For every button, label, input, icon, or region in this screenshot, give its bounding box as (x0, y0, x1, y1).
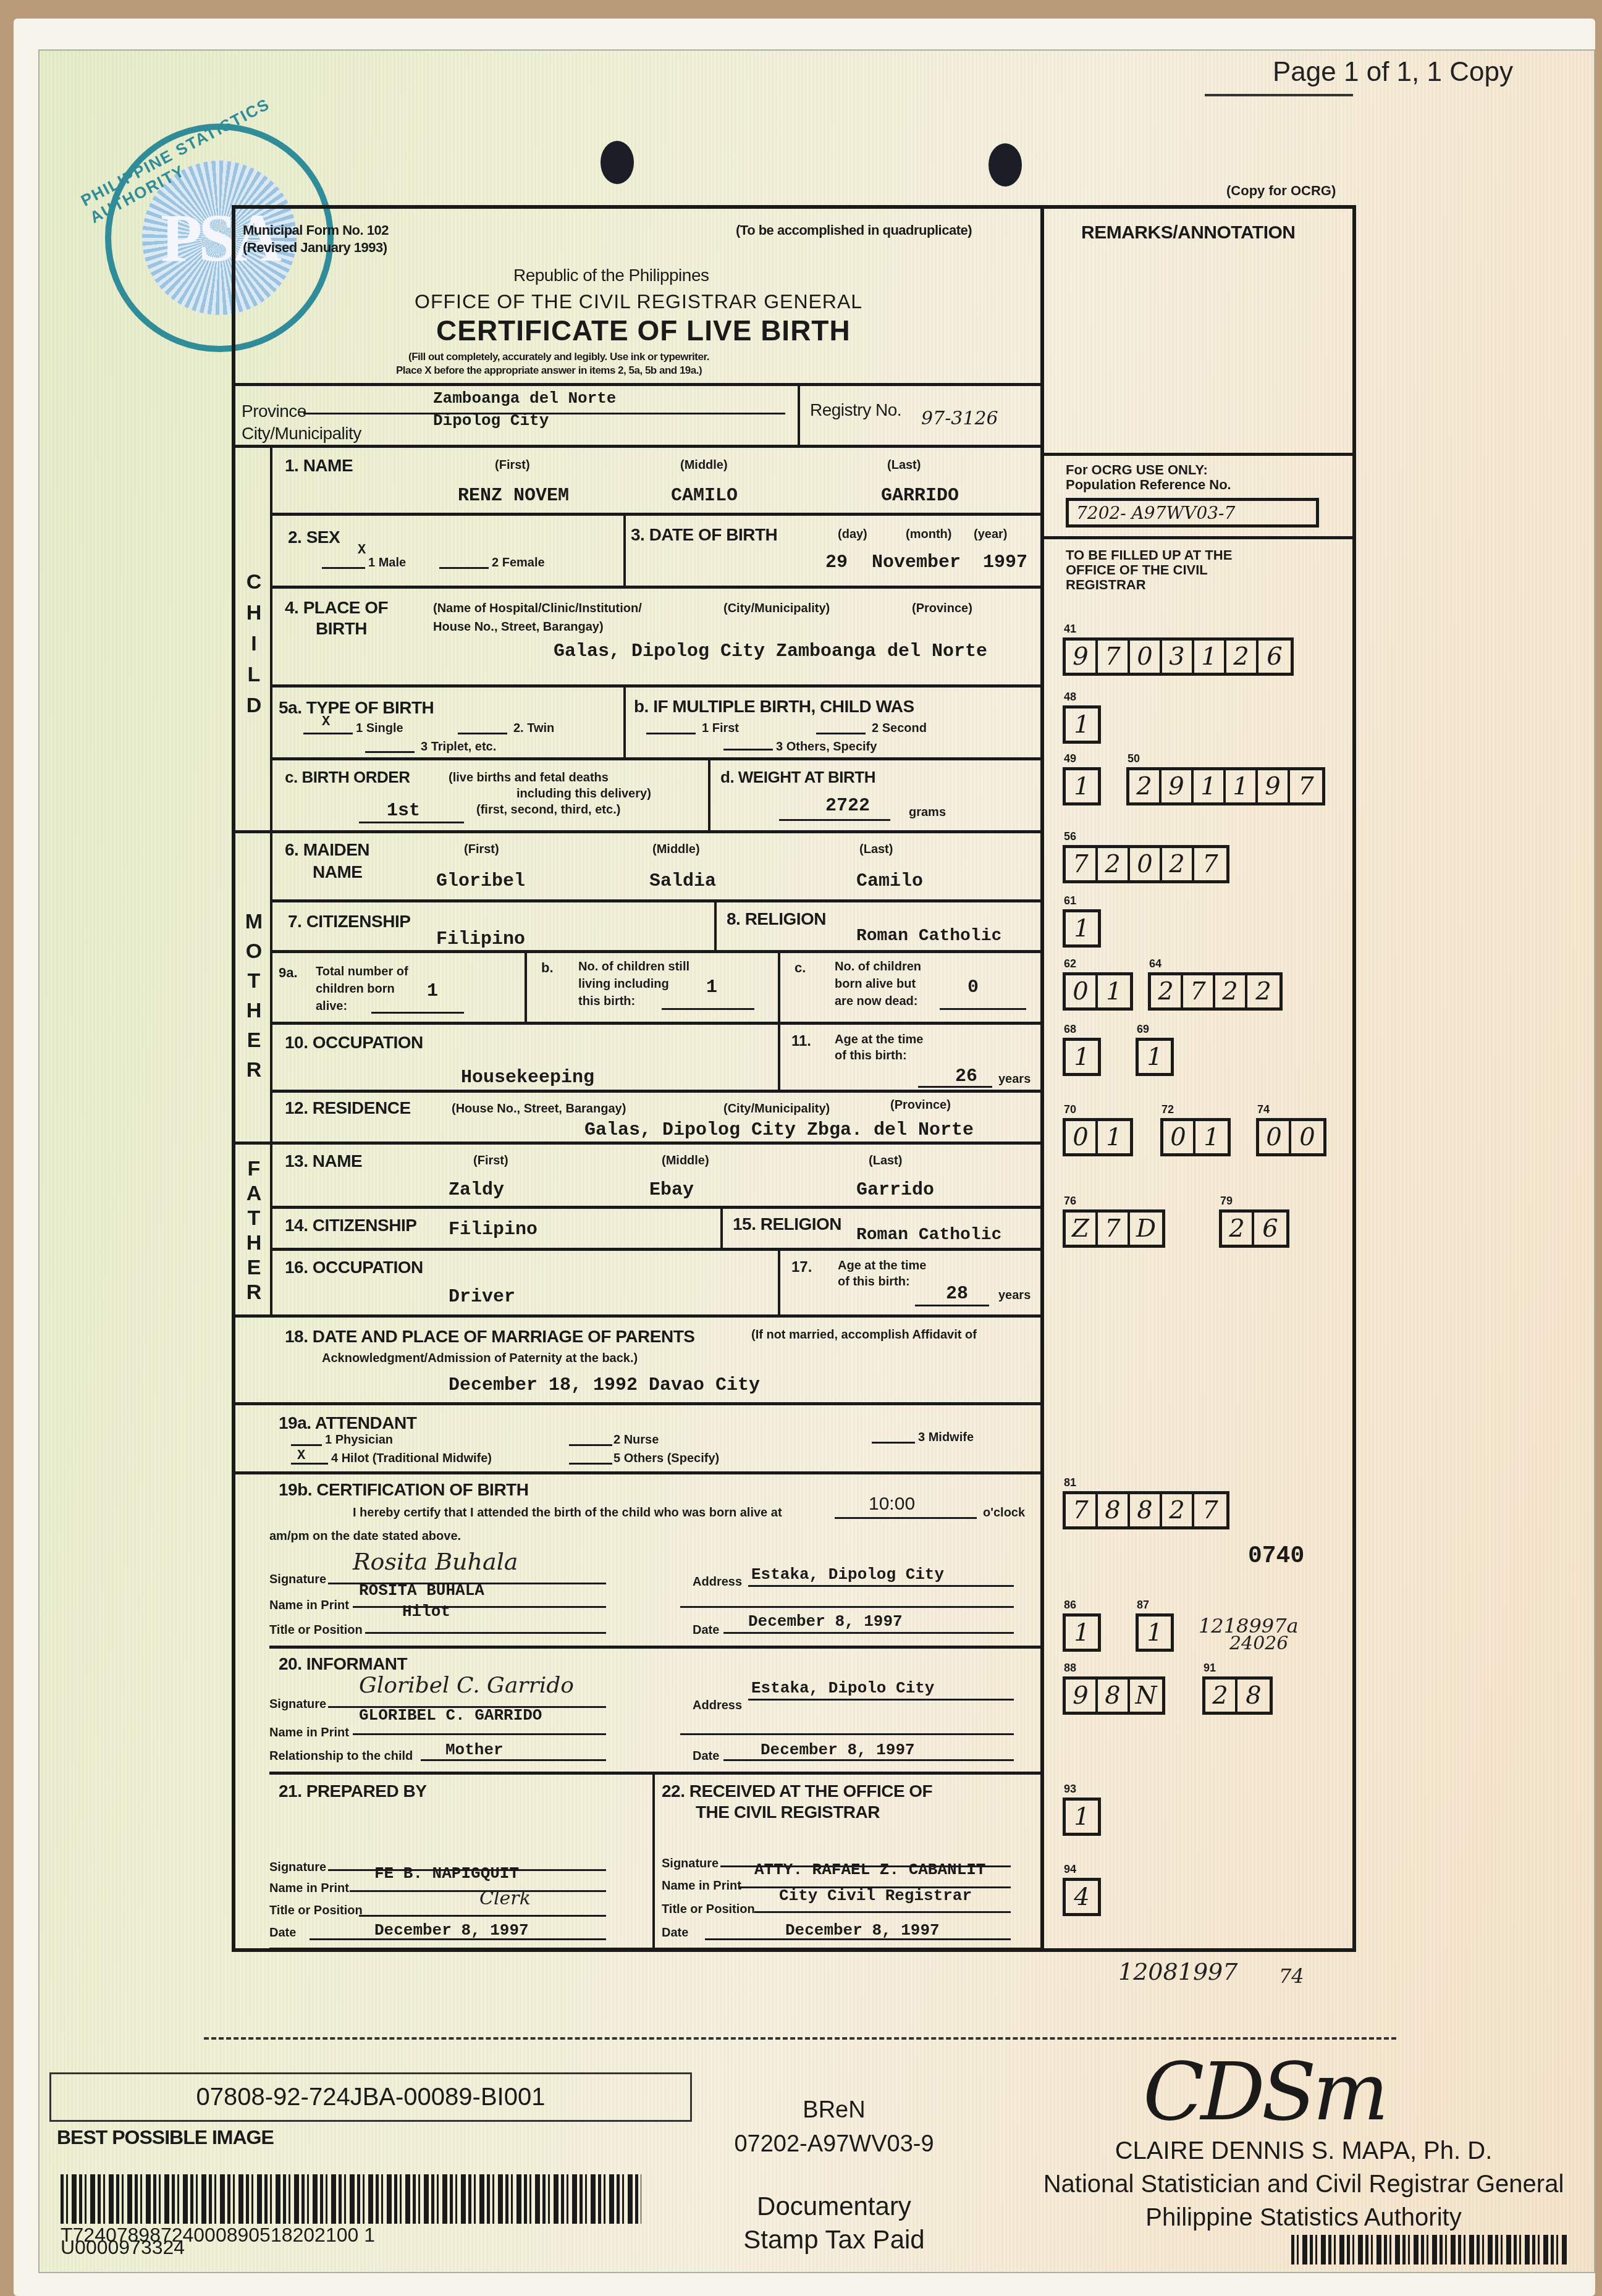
code-boxes-74: 00 (1256, 1118, 1326, 1156)
page-indicator: Page 1 of 1, 1 Copy (1273, 57, 1513, 88)
sex-option-female: 2 Female (492, 556, 545, 570)
marriage-label: 18. DATE AND PLACE OF MARRIAGE OF PARENT… (285, 1327, 694, 1347)
code-boxes-50: 291197 (1126, 767, 1325, 805)
handwritten-note: 74 (1279, 1964, 1304, 1988)
section-letter: T (239, 966, 269, 996)
informant-relationship: Mother (445, 1741, 504, 1759)
code-boxes-76: Z7D (1063, 1209, 1165, 1248)
prepared-date: December 8, 1997 (374, 1921, 529, 1940)
children-now-dead: 0 (968, 977, 979, 998)
attendant-label: 19a. ATTENDANT (279, 1413, 416, 1433)
mother-citizenship: Filipino (436, 929, 525, 950)
reference-code: 07808-92-724JBA-00089-BI001 (49, 2072, 692, 2122)
code-boxes-49: 1 (1063, 767, 1101, 805)
father-age: 28 (946, 1284, 968, 1305)
code-boxes-94: 4 (1063, 1878, 1101, 1916)
province-label: Province (242, 402, 306, 421)
code-boxes-64: 2722 (1148, 972, 1283, 1011)
received-date: December 8, 1997 (785, 1921, 940, 1940)
certification-label: 19b. CERTIFICATION OF BIRTH (279, 1480, 528, 1500)
weight-value: 2722 (825, 796, 870, 817)
type-of-birth-label: 5a. TYPE OF BIRTH (279, 698, 434, 718)
birth-time: 10:00 (869, 1494, 915, 1515)
mother-last-name: Camilo (856, 871, 923, 892)
signatory-signature: CDSm (1143, 2045, 1385, 2138)
received-by-title: City Civil Registrar (779, 1886, 972, 1905)
section-letter: M (239, 907, 269, 936)
maiden-name-label: 6. MAIDEN (285, 840, 369, 860)
birth-order-label: c. BIRTH ORDER (285, 768, 410, 787)
mother-residence: Galas, Dipolog City Zbga. del Norte (584, 1120, 974, 1141)
code-boxes-87: 1 (1136, 1613, 1174, 1652)
code-boxes-68: 1 (1063, 1038, 1101, 1076)
code-boxes-48: 1 (1063, 705, 1101, 744)
republic-label: Republic of the Philippines (513, 266, 709, 285)
form-title: CERTIFICATE OF LIVE BIRTH (436, 314, 851, 347)
bren-label: BReN (735, 2097, 933, 2124)
received-by-name: ATTY. RAFAEL Z. CABANLIT (754, 1861, 985, 1879)
attendant-date: December 8, 1997 (748, 1612, 903, 1631)
place-of-birth: Galas, Dipolog City Zamboanga del Norte (554, 641, 987, 662)
father-middle-name: Ebay (649, 1180, 694, 1201)
section-letter: O (239, 936, 269, 966)
section-letter: L (239, 660, 269, 689)
marriage-date-place: December 18, 1992 Davao City (449, 1375, 760, 1396)
weight-label: d. WEIGHT AT BIRTH (720, 768, 875, 787)
remarks-title: REMARKS/ANNOTATION (1081, 222, 1296, 243)
code-boxes-70: 01 (1063, 1118, 1133, 1156)
code-boxes-41: 9703126 (1063, 637, 1294, 676)
dob-day: 29 (825, 552, 848, 573)
form-revised: (Revised January 1993) (243, 240, 387, 256)
residence-label: 12. RESIDENCE (285, 1098, 411, 1118)
father-occupation-label: 16. OCCUPATION (285, 1258, 423, 1277)
signatory-name: CLAIRE DENNIS S. MAPA, Ph. D. (1038, 2137, 1569, 2165)
registry-label: Registry No. (810, 400, 901, 420)
code-boxes-62: 01 (1063, 972, 1133, 1011)
code-boxes-91: 28 (1202, 1676, 1273, 1715)
child-first-name: RENZ NOVEM (458, 486, 569, 507)
section-letter: I (239, 629, 269, 658)
province-value: Zamboanga del Norte (433, 389, 616, 408)
father-religion: Roman Catholic (856, 1226, 1001, 1245)
informant-date: December 8, 1997 (761, 1741, 915, 1759)
prepared-by-label: 21. PREPARED BY (279, 1781, 426, 1801)
section-letter: E (239, 1025, 269, 1055)
punch-hole-icon (601, 141, 634, 184)
mother-citizenship-label: 7. CITIZENSHIP (288, 912, 410, 931)
code-boxes-79: 26 (1219, 1209, 1289, 1248)
divider (1205, 94, 1353, 96)
code-boxes-72: 01 (1160, 1118, 1231, 1156)
section-letter: D (239, 691, 269, 720)
code-boxes-93: 1 (1063, 1798, 1101, 1836)
dob-label: 3. DATE OF BIRTH (631, 525, 777, 545)
mother-religion-label: 8. RELIGION (727, 909, 826, 929)
father-religion-label: 15. RELIGION (733, 1214, 841, 1234)
type-mark: X (322, 714, 330, 730)
father-name-label: 13. NAME (285, 1151, 362, 1171)
bren-value: 07202-A97WV03-9 (710, 2131, 958, 2158)
attendant-signature: Rosita Buhala (353, 1548, 518, 1575)
code-boxes-88: 98N (1063, 1676, 1165, 1715)
child-middle-name: CAMILO (671, 486, 738, 507)
stamp-number: 0740 (1248, 1543, 1304, 1570)
remarks-panel: REMARKS/ANNOTATION For OCRG USE ONLY: Po… (1044, 205, 1356, 1952)
sex-option-male: 1 Male (368, 556, 406, 570)
quadruplicate-note: (To be accomplished in quadruplicate) (736, 222, 972, 238)
handwritten-date-note: 12081997 (1118, 1958, 1237, 1985)
code-boxes-61: 1 (1063, 909, 1101, 948)
city-label: City/Municipality (242, 424, 361, 444)
mother-occupation-label: 10. OCCUPATION (285, 1033, 423, 1053)
informant-label: 20. INFORMANT (279, 1654, 407, 1674)
section-letter: R (239, 1277, 269, 1307)
child-name-label: 1. NAME (285, 456, 353, 476)
sex-label: 2. SEX (288, 528, 340, 547)
pob-label: 4. PLACE OF (285, 598, 388, 618)
office-label: OFFICE OF THE CIVIL REGISTRAR GENERAL (415, 290, 862, 313)
population-reference-field: 7202- A97WV03-7 (1066, 498, 1319, 528)
prepared-by-title: Clerk (479, 1888, 531, 1909)
attendant-title: Hilot (402, 1602, 450, 1621)
instructions-line-2: Place X before the appropriate answer in… (396, 364, 702, 377)
informant-address: Estaka, Dipolo City (751, 1679, 934, 1697)
section-letter: H (239, 996, 269, 1025)
mother-age: 26 (955, 1066, 977, 1087)
section-letter: R (239, 1055, 269, 1085)
copy-for-label: (Copy for OCRG) (1226, 183, 1336, 199)
sex-mark: X (358, 542, 366, 558)
barcode-number-2: U0000973324 (61, 2236, 185, 2259)
children-still-living: 1 (706, 977, 717, 998)
handwritten-note: 24026 (1229, 1633, 1288, 1654)
father-last-name: Garrido (856, 1180, 934, 1201)
city-value: Dipolog City (433, 411, 549, 430)
best-possible-image-label: BEST POSSIBLE IMAGE (57, 2126, 274, 2149)
dashed-divider (204, 2037, 1396, 2040)
form-number: Municipal Form No. 102 (243, 222, 389, 238)
dob-month: November (872, 552, 961, 573)
informant-name: GLORIBEL C. GARRIDO (359, 1706, 542, 1725)
mother-religion: Roman Catholic (856, 927, 1001, 946)
signatory-title: National Statistician and Civil Registra… (1038, 2171, 1569, 2198)
attendant-address: Estaka, Dipolog City (751, 1565, 944, 1584)
multiple-birth-label: b. IF MULTIPLE BIRTH, CHILD WAS (634, 697, 914, 717)
code-boxes-86: 1 (1063, 1613, 1101, 1652)
stamp-tax-line-1: Documentary (710, 2192, 958, 2221)
registry-value: 97-3126 (921, 408, 998, 429)
barcode-icon (61, 2174, 641, 2224)
received-label: 22. RECEIVED AT THE OFFICE OF (662, 1781, 932, 1801)
attendant-name: ROSITA BUHALA (359, 1581, 484, 1600)
certificate-form: Municipal Form No. 102 (Revised January … (232, 205, 1044, 1952)
mother-first-name: Gloribel (436, 871, 525, 892)
prepared-by-name: FE B. NAPIGQUIT (374, 1864, 519, 1883)
father-citizenship: Filipino (449, 1219, 538, 1240)
code-boxes-69: 1 (1136, 1038, 1174, 1076)
code-boxes-81: 78827 (1063, 1491, 1229, 1529)
barcode-icon (1291, 2235, 1569, 2264)
child-last-name: GARRIDO (881, 486, 959, 507)
father-citizenship-label: 14. CITIZENSHIP (285, 1216, 416, 1235)
father-first-name: Zaldy (449, 1180, 504, 1201)
total-children-born-alive: 1 (427, 981, 438, 1002)
mother-occupation: Housekeeping (461, 1067, 594, 1088)
section-letter: C (239, 567, 269, 597)
mother-middle-name: Saldia (649, 871, 716, 892)
section-letter: H (239, 598, 269, 628)
instructions-line-1: (Fill out completely, accurately and leg… (408, 351, 709, 363)
code-boxes-56: 72027 (1063, 845, 1229, 883)
signatory-org: Philippine Statistics Authority (1038, 2204, 1569, 2232)
attendant-mark: X (297, 1448, 305, 1463)
father-occupation: Driver (449, 1287, 515, 1308)
birth-order-value: 1st (387, 801, 420, 822)
informant-signature: Gloribel C. Garrido (359, 1673, 574, 1698)
punch-hole-icon (989, 143, 1022, 187)
stamp-tax-line-2: Stamp Tax Paid (710, 2225, 958, 2255)
dob-year: 1997 (983, 552, 1027, 573)
